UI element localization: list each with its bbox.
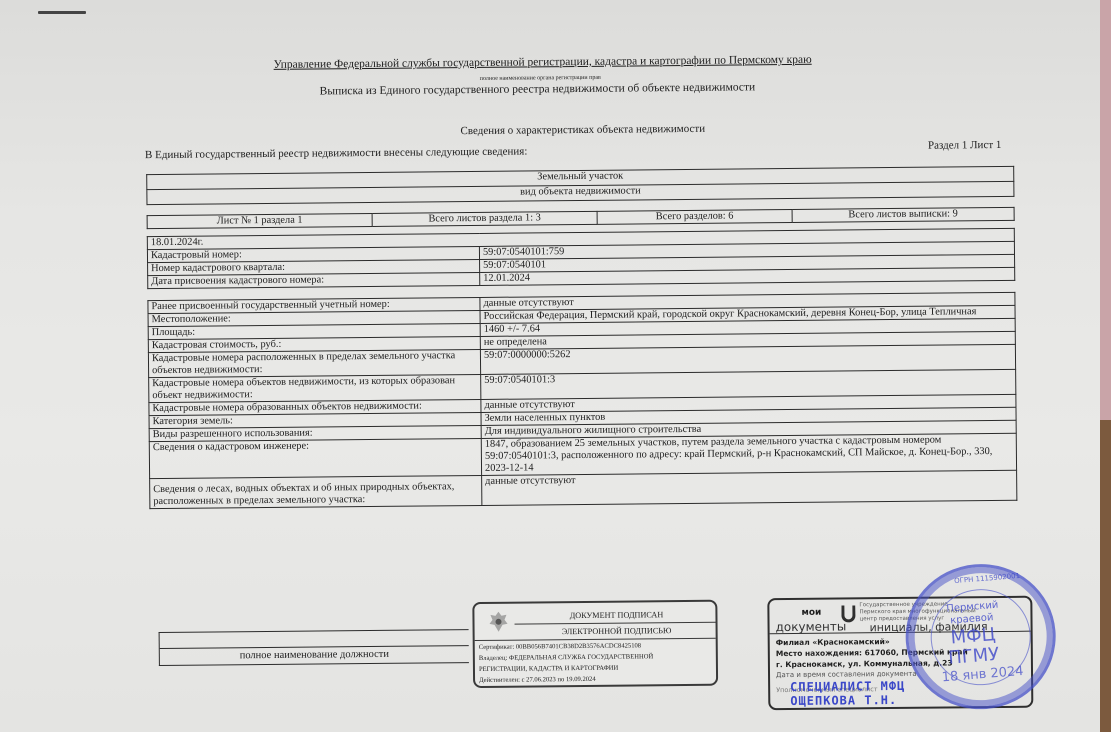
logo-text-moi: мои xyxy=(801,608,821,618)
document-body: Управление Федеральной службы государств… xyxy=(0,0,1104,732)
sections-total: Всего разделов: 6 xyxy=(597,209,792,224)
sheet-info-table: Лист № 1 раздела 1 Всего листов раздела … xyxy=(147,207,1015,229)
registration-authority-caption: полное наименование органа регистрации п… xyxy=(460,75,620,83)
position-caption: полное наименование должности xyxy=(160,648,469,662)
document-title: Выписка из Единого государственного реес… xyxy=(302,81,772,98)
section-sheets-total: Всего листов раздела 1: 3 xyxy=(372,211,597,226)
position-field: полное наименование должности xyxy=(159,629,469,666)
certificate-validity: Действителен: с 27.06.2023 по 19.09.2024 xyxy=(479,676,596,684)
divider xyxy=(475,638,716,641)
extract-sheets-total: Всего листов выписки: 9 xyxy=(792,207,1014,222)
cadastral-ids-table: 18.01.2024г. Кадастровый номер: 59:07:05… xyxy=(147,228,1015,289)
electronic-signature-block: ДОКУМЕНТ ПОДПИСАН ЭЛЕКТРОННОЙ ПОДПИСЬЮ С… xyxy=(472,600,718,688)
object-type-table: Земельный участок вид объекта недвижимос… xyxy=(146,166,1014,205)
sheet-number: Лист № 1 раздела 1 xyxy=(147,213,372,228)
section-title: Сведения о характеристиках объекта недви… xyxy=(448,123,718,138)
mfc-branch: Филиал «Краснокамский» xyxy=(776,637,890,647)
document-paper: Управление Федеральной службы государств… xyxy=(0,0,1100,732)
specialist-stamp: СПЕЦИАЛИСТ МФЦ xyxy=(790,679,905,694)
row-label: Сведения о кадастровом инженере: xyxy=(149,438,481,478)
datetime-label: Дата и время составления документа xyxy=(776,670,917,679)
section-sheet-label: Раздел 1 Лист 1 xyxy=(928,139,1002,152)
divider xyxy=(515,622,716,625)
certificate-owner-cont: РЕГИСТРАЦИИ, КАДАСТРА И КАРТОГРАФИИ xyxy=(479,665,618,673)
row-label: Дата присвоения кадастрового номера: xyxy=(148,272,480,288)
intro-text: В Единый государственный реестр недвижим… xyxy=(145,145,528,161)
engineer-info-value: 1847, образованием 25 земельных участков… xyxy=(481,433,1016,475)
registration-authority-name: Управление Федеральной службы государств… xyxy=(270,54,815,71)
row-label: Кадастровые номера расположенных в преде… xyxy=(148,349,480,377)
row-label: Кадастровые номера объектов недвижимости… xyxy=(149,374,481,402)
row-label: Сведения о лесах, водных объектах и об и… xyxy=(150,475,482,508)
certificate-owner: Владелец: ФЕДЕРАЛЬНАЯ СЛУЖБА ГОСУДАРСТВЕ… xyxy=(479,653,653,662)
seal-center-text: ПГМУ xyxy=(947,644,1000,669)
certificate-number: Сертификат: 00BB056B7401CB38D2B3576ACDC8… xyxy=(479,642,641,651)
coat-of-arms-icon xyxy=(486,610,510,634)
row-value: данные отсутствуют xyxy=(482,470,1017,505)
characteristics-table: Ранее присвоенный государственный учетны… xyxy=(147,292,1017,509)
specialist-name-stamp: ОЩЕПКОВА Т.Н. xyxy=(790,693,897,708)
esignature-label: ЭЛЕКТРОННОЙ ПОДПИСЬЮ xyxy=(527,626,707,637)
seal-ogrn: ОГРН 1115902001 xyxy=(954,572,1020,585)
signed-label: ДОКУМЕНТ ПОДПИСАН xyxy=(526,610,706,621)
